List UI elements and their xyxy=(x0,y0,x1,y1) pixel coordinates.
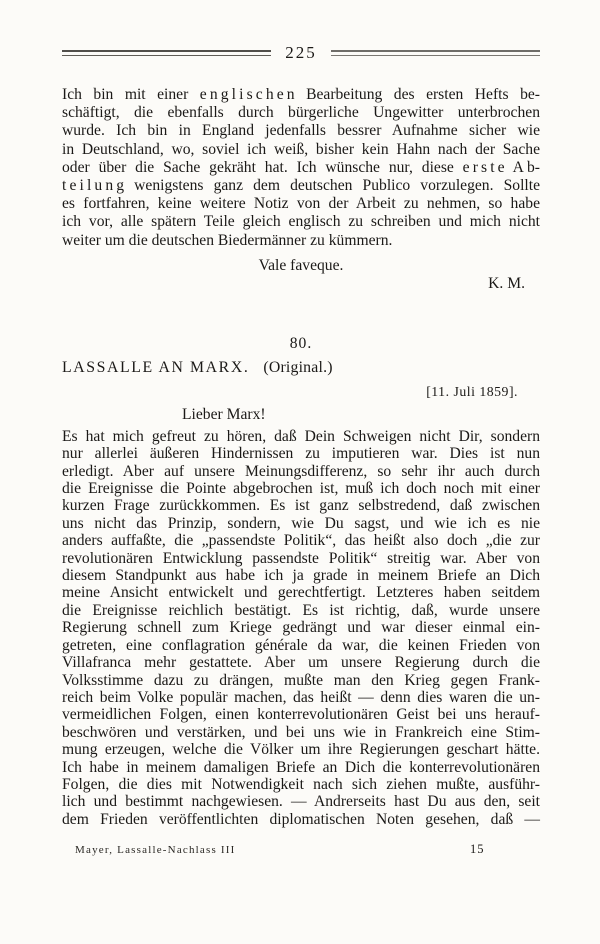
text-line: beschwören und verstärken, und bei uns w… xyxy=(62,724,540,741)
text-line: Folgen, die dies mit Notwendigkeit nach … xyxy=(62,776,540,793)
text-line: die Ereignisse die Pointe abgebrochen is… xyxy=(62,480,540,497)
text-line: wurde. Ich bin in England jedenfalls bes… xyxy=(62,122,540,140)
lassalle-letter-body: Es hat mich gefreut zu hören, daß Dein S… xyxy=(62,428,540,828)
letter-title-note: (Original.) xyxy=(263,359,332,376)
closing-formula: Vale faveque. xyxy=(62,257,540,275)
text-line: anders auffaßte, die „passendste Politik… xyxy=(62,532,540,549)
letter-date: [11. Juli 1859]. xyxy=(62,383,540,400)
text-line: Villafranca mehr gestattete. Aber um uns… xyxy=(62,654,540,671)
text-line: revolutionären Entwicklung passendste Po… xyxy=(62,550,540,567)
letter-number: 80. xyxy=(62,335,540,353)
book-page: 225 Ich bin mit einer e n g l i s c h e … xyxy=(0,0,600,944)
letter-title: LASSALLE AN MARX. xyxy=(62,359,249,376)
page-footer: Mayer, Lassalle-Nachlass III 15 xyxy=(62,844,540,860)
header-rule-left xyxy=(62,50,271,56)
text-line: Ich bin mit einer e n g l i s c h e n Be… xyxy=(62,86,540,104)
text-line: erledigt. Aber auf unsere Meinungsdiffer… xyxy=(62,463,540,480)
text-line: mung erzeugen, welche die Völker um ihre… xyxy=(62,741,540,758)
signature-initials: K. M. xyxy=(62,275,540,293)
footer-imprint: Mayer, Lassalle-Nachlass III xyxy=(75,844,236,856)
salutation: Lieber Marx! xyxy=(62,406,540,424)
text-line: t e i l u n g wenigstens ganz dem deutsc… xyxy=(62,177,540,195)
text-line: reich beim Volke populär machen, das hei… xyxy=(62,689,540,706)
marx-postscript-paragraph: Ich bin mit einer e n g l i s c h e n Be… xyxy=(62,86,540,250)
text-line: nur allerlei äußeren Hindernissen zu imp… xyxy=(62,445,540,462)
header-rule-right xyxy=(331,50,540,56)
text-line: vermeidlichen Folgen, einen konterrevolu… xyxy=(62,706,540,723)
letter-heading: LASSALLE AN MARX.(Original.) xyxy=(62,358,540,378)
text-line: schäftigt, die ebenfalls durch bürgerlic… xyxy=(62,104,540,122)
text-line: Es hat mich gefreut zu hören, daß Dein S… xyxy=(62,428,540,445)
text-line: die Ereignisse reichlich bestätigt. Es i… xyxy=(62,602,540,619)
text-line: diesem Standpunkt aus habe ich ja grade … xyxy=(62,567,540,584)
text-line: Volksstimme dazu zu drängen, mußte man d… xyxy=(62,672,540,689)
text-line: in Deutschland, wo, soviel ich weiß, bis… xyxy=(62,141,540,159)
footer-signature-number: 15 xyxy=(470,842,485,857)
text-line: getreten, eine conflagration générale da… xyxy=(62,637,540,654)
text-line: Ich habe in meinem damaligen Briefe an D… xyxy=(62,759,540,776)
text-line: dem Frieden veröffentlichten diplomatisc… xyxy=(62,811,540,828)
text-line: lich und bestimmt nachgewiesen. — Andrer… xyxy=(62,793,540,810)
text-line: meine Ansicht entwickelt und gerechtfert… xyxy=(62,584,540,601)
running-head: 225 xyxy=(62,44,540,62)
page-number: 225 xyxy=(271,44,331,62)
text-line: ich vor, alle spätern Teile gleich engli… xyxy=(62,213,540,231)
text-line: Regierung schnell zum Kriege gedrängt un… xyxy=(62,619,540,636)
text-line: es fortfahren, keine weitere Notiz von d… xyxy=(62,195,540,213)
text-line: kurzen Frage zurückkommen. Es ist ganz s… xyxy=(62,497,540,514)
text-line: uns nicht das Prinzip, sondern, wie Du s… xyxy=(62,515,540,532)
text-line: weiter um die deutschen Biedermänner zu … xyxy=(62,232,540,250)
text-line: oder über die Sache gekräht hat. Ich wün… xyxy=(62,159,540,177)
